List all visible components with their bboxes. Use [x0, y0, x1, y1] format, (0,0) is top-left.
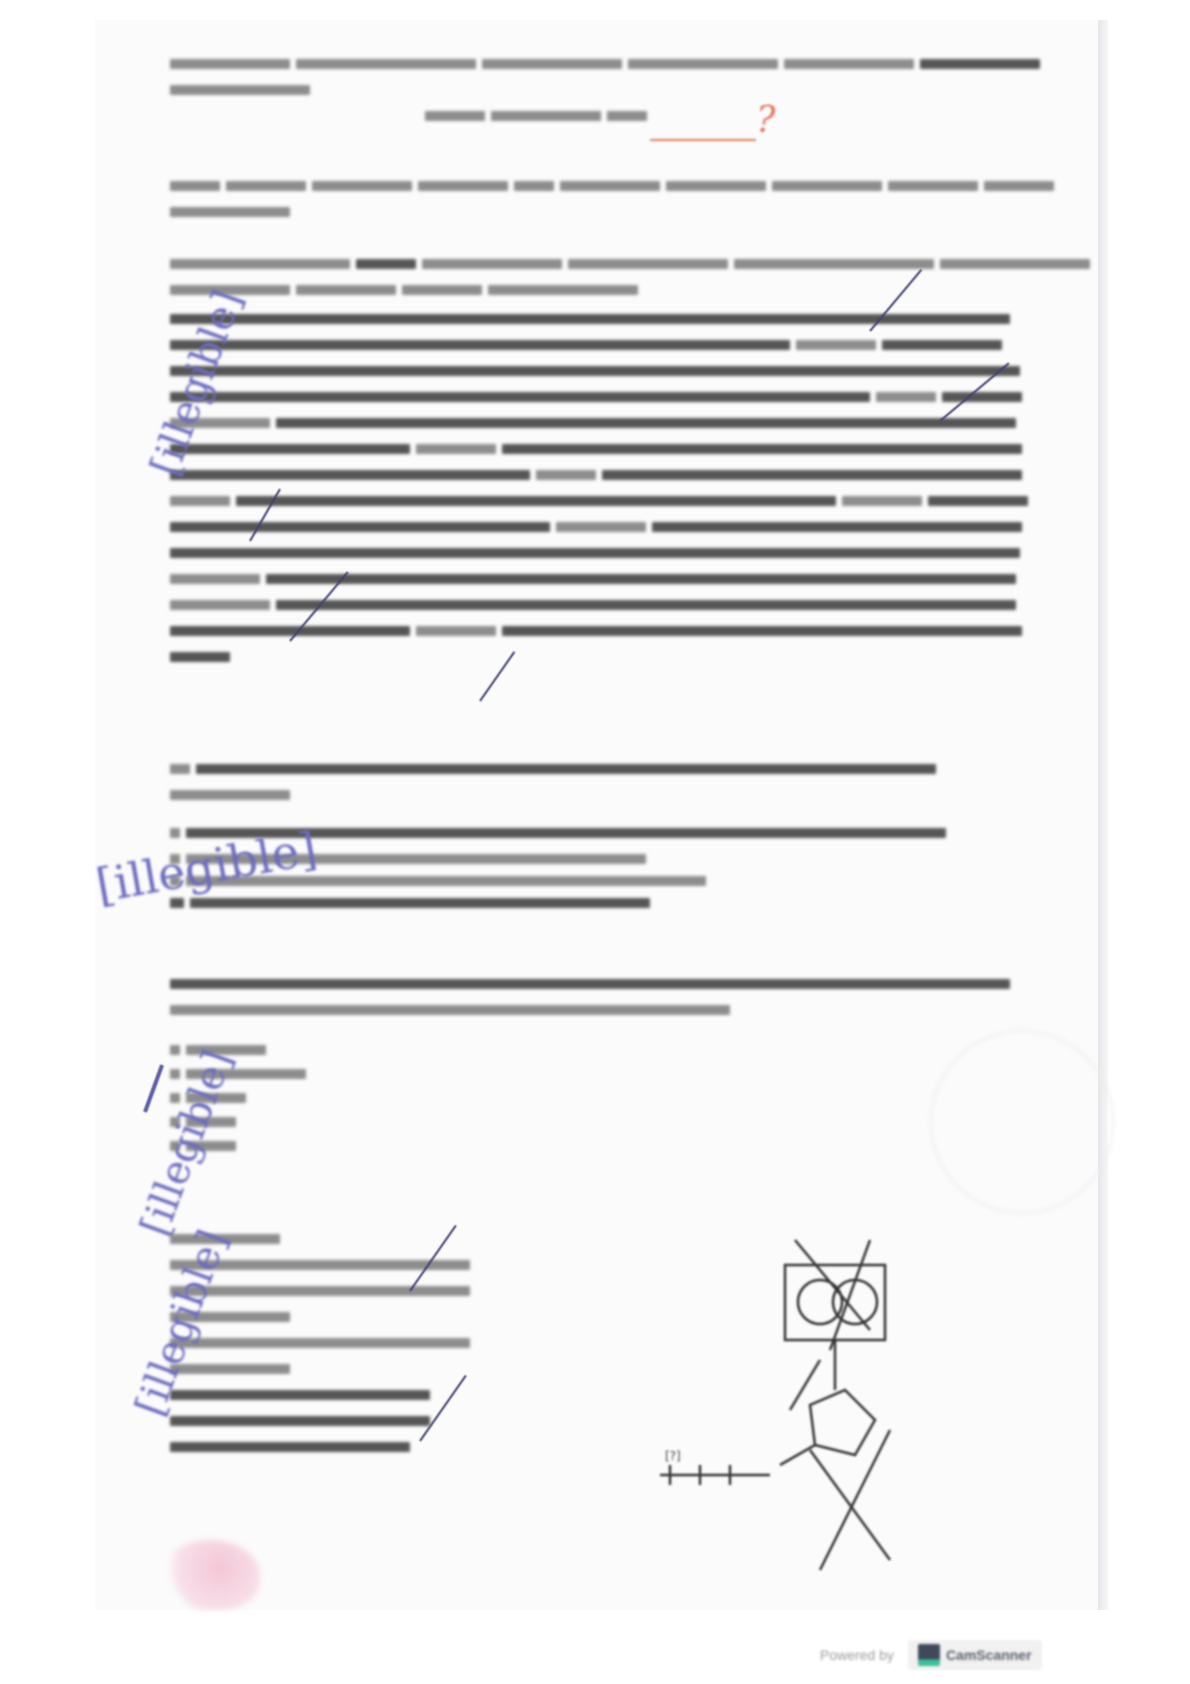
nucleotide-diagram: [?] [630, 1230, 950, 1600]
question-8: [illegible question text] [170, 970, 1100, 1156]
camscanner-brand: CamScanner [946, 1647, 1032, 1663]
camscanner-badge[interactable]: CamScanner [908, 1640, 1042, 1670]
question-6: [illegible instruction text] [170, 172, 1100, 302]
option-a[interactable] [170, 1036, 1100, 1060]
finger-smudge [160, 1540, 260, 1610]
option-b[interactable] [170, 1060, 1100, 1084]
question-top: [illegible question text] [170, 50, 1100, 128]
option-d[interactable] [170, 1108, 1100, 1132]
option-c[interactable] [170, 1084, 1100, 1108]
powered-by-text: Powered by [820, 1647, 894, 1663]
option-d[interactable] [170, 889, 1100, 911]
option-e[interactable] [170, 1132, 1100, 1156]
red-annotation: ? [650, 100, 775, 141]
diagram-label: [?] [665, 1449, 681, 1463]
scanner-footer: Powered by CamScanner [820, 1640, 1042, 1670]
camscanner-logo-icon [918, 1644, 940, 1666]
